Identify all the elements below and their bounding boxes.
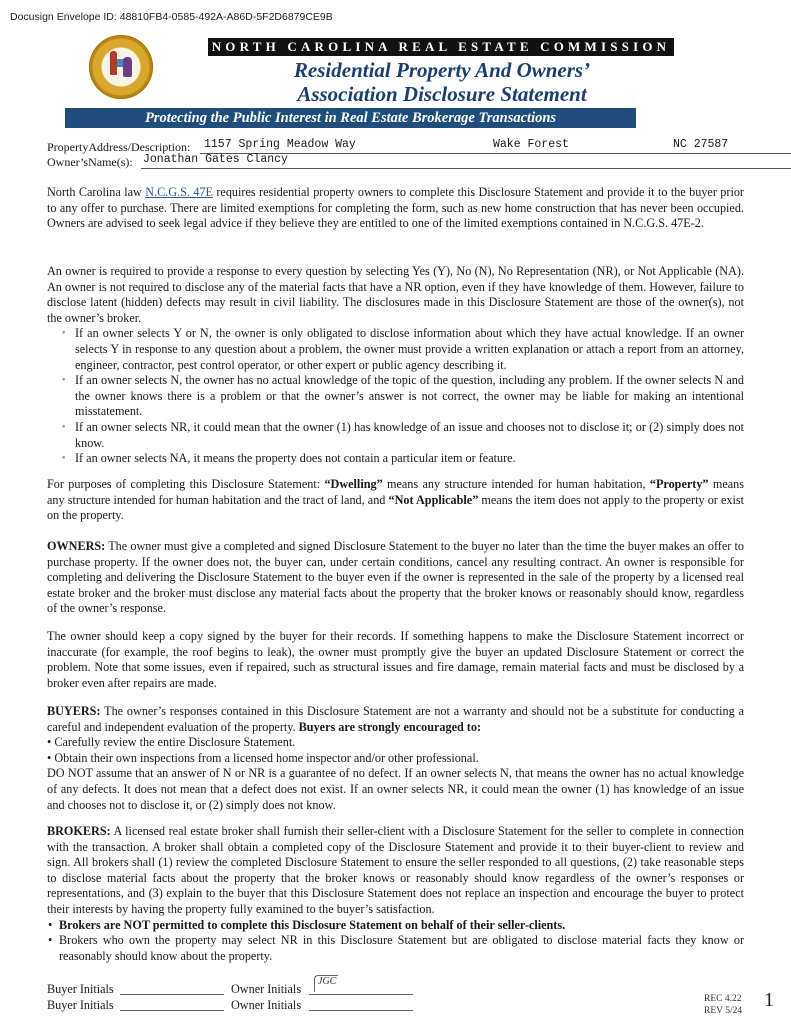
response-options-section: An owner is required to provide a respon… (47, 264, 744, 467)
owner-initials-signature[interactable]: JGC (314, 975, 338, 992)
buyers-heading: BUYERS: (47, 704, 101, 718)
brokers-heading: BROKERS: (47, 824, 111, 838)
list-item: Obtain their own inspections from a lice… (47, 751, 744, 767)
owners-heading: OWNERS: (47, 539, 105, 553)
owner-initials-label: Owner Initials (231, 981, 301, 997)
def-dwelling: means any structure intended for human h… (383, 477, 650, 491)
term-not-applicable: “Not Applicable” (389, 493, 479, 507)
address-city-value: Wake Forest (493, 138, 569, 151)
tagline-banner: Protecting the Public Interest in Real E… (65, 108, 636, 128)
buyer-initials-label: Buyer Initials (47, 997, 114, 1013)
list-item: If an owner selects NA, it means the pro… (75, 451, 744, 467)
nc-state-seal-icon (89, 35, 153, 99)
intro-text: North Carolina law (47, 185, 145, 199)
owners-paragraph-2: The owner should keep a copy signed by t… (47, 629, 744, 691)
owners-section: OWNERS: The owner must give a completed … (47, 539, 744, 617)
owner-initials-field-2[interactable] (309, 997, 413, 1011)
brokers-paragraph: A licensed real estate broker shall furn… (47, 824, 744, 916)
seal-figure-liberty (110, 51, 117, 75)
address-street-value: 1157 Spring Meadow Way (204, 138, 356, 151)
brokers-list: Brokers are NOT permitted to complete th… (47, 918, 744, 965)
owner-initials-label: Owner Initials (231, 997, 301, 1013)
buyer-initials-field-2[interactable] (120, 997, 224, 1011)
form-revision: REC 4.22 REV 5/24 (704, 993, 742, 1017)
docusign-envelope-id: Docusign Envelope ID: 48810FB4-0585-492A… (10, 11, 333, 23)
form-title-line1: Residential Property And Owners’ (272, 59, 612, 81)
brokers-section: BROKERS: A licensed real estate broker s… (47, 824, 744, 964)
response-options-paragraph: An owner is required to provide a respon… (47, 264, 744, 326)
term-property: “Property” (650, 477, 709, 491)
brokers-not-permitted: Brokers are NOT permitted to complete th… (59, 918, 565, 932)
list-item: Brokers who own the property may select … (59, 933, 744, 964)
list-item: If an owner selects NR, it could mean th… (75, 420, 744, 451)
owner-name-value: Jonathan Gates Clancy (143, 153, 288, 166)
buyers-encouraged: Buyers are strongly encouraged to: (299, 720, 481, 734)
rec-code: REC 4.22 (704, 993, 742, 1005)
owners-paragraph-1: The owner must give a completed and sign… (47, 539, 744, 615)
owner-name-label: Owner’sName(s): (47, 155, 133, 170)
commission-banner: NORTH CAROLINA REAL ESTATE COMMISSION (208, 38, 674, 56)
intro-paragraph: North Carolina law N.C.G.S. 47E requires… (47, 185, 744, 232)
list-item: Brokers are NOT permitted to complete th… (59, 918, 744, 934)
owners-section-2: The owner should keep a copy signed by t… (47, 629, 744, 691)
buyers-paragraph-2: DO NOT assume that an answer of N or NR … (47, 766, 744, 813)
rev-date: REV 5/24 (704, 1005, 742, 1017)
response-options-list: If an owner selects Y or N, the owner is… (47, 326, 744, 466)
buyer-initials-field-1[interactable] (120, 981, 224, 995)
buyers-list: Carefully review the entire Disclosure S… (47, 735, 744, 766)
definitions-lead: For purposes of completing this Disclosu… (47, 477, 324, 491)
ncgs-47e-link[interactable]: N.C.G.S. 47E (145, 185, 213, 199)
page-number: 1 (764, 989, 774, 1012)
term-dwelling: “Dwelling” (324, 477, 382, 491)
list-item: If an owner selects Y or N, the owner is… (75, 326, 744, 373)
list-item: If an owner selects N, the owner has no … (75, 373, 744, 420)
buyers-section: BUYERS: The owner’s responses contained … (47, 704, 744, 813)
list-item: Carefully review the entire Disclosure S… (47, 735, 744, 751)
address-state-zip-value: NC 27587 (673, 138, 728, 151)
definitions-paragraph: For purposes of completing this Disclosu… (47, 477, 744, 524)
form-title-line2: Association Disclosure Statement (272, 83, 612, 105)
seal-figure-plenty (123, 57, 132, 77)
buyer-initials-label: Buyer Initials (47, 981, 114, 997)
